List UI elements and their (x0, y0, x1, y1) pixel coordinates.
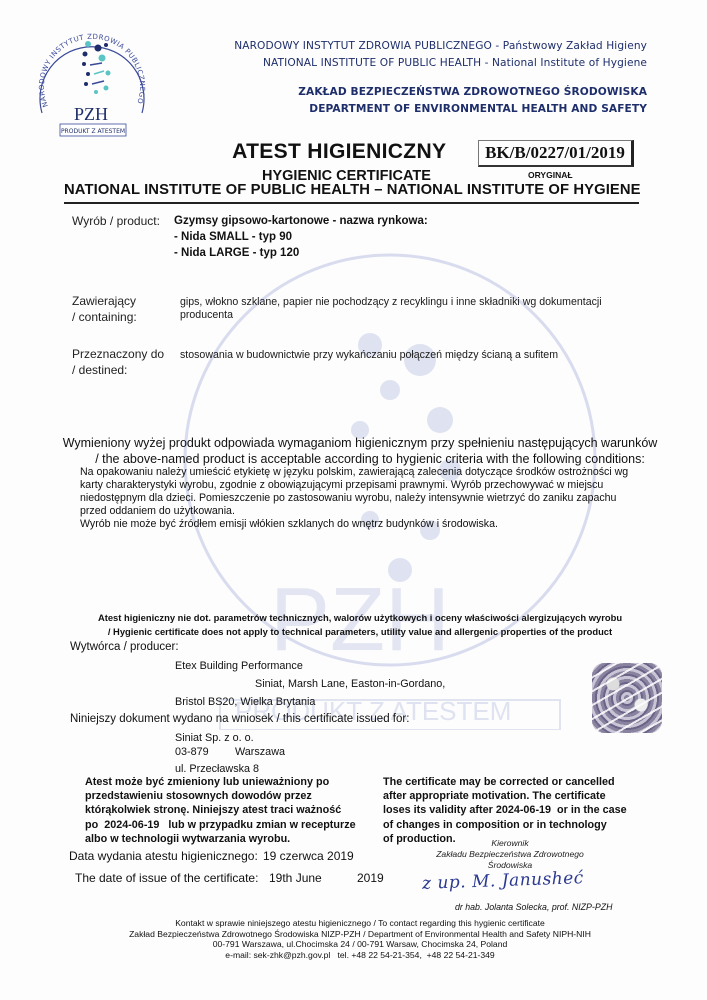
certificate-number: BK/B/0227/01/2019 (478, 140, 634, 167)
header-department-en: DEPARTMENT OF ENVIRONMENTAL HEALTH AND S… (190, 103, 647, 115)
issued-for-name: Siniat Sp. z o. o. (175, 731, 254, 745)
conditions-line: Na opakowaniu należy umieścić etykietę w… (80, 466, 670, 479)
issue-date-value-en-year: 2019 (357, 871, 384, 886)
footer-contact: Kontakt w sprawie niniejszego atestu hig… (60, 918, 660, 960)
signature-title-line: Zakładu Bezpieczeństwa Zdrowotnego (410, 849, 610, 860)
validity-line: of changes in composition or in technolo… (383, 818, 627, 832)
validity-line: którąkolwiek stronę. Niniejszy atest tra… (85, 803, 356, 817)
conditions-line: karty charakterystyki wyrobu, zgodnie z … (80, 479, 670, 492)
issued-for-postcode: 03-879 (175, 745, 209, 759)
handwritten-signature: z up. M. Janusheć (422, 868, 584, 894)
producer-address-1: Siniat, Marsh Lane, Easton-in-Gordano, (255, 677, 445, 691)
svg-text:NARODOWY INSTYTUT ZDROWIA PUBL: NARODOWY INSTYTUT ZDROWIA PUBLICZNEGO (38, 33, 146, 108)
issue-date-value-en-day: 19th June (269, 871, 322, 886)
original-mark: ORYGINAŁ (528, 170, 573, 180)
signature-title-line: Kierownik (410, 838, 610, 849)
containing-line: gips, włokno szklane, papier nie pochodz… (180, 296, 602, 309)
validity-line: The certificate may be corrected or canc… (383, 775, 627, 789)
conditions-heading-pl: Wymieniony wyżej produkt odpowiada wymag… (40, 435, 680, 452)
disclaimer-en: / Hygienic certificate does not apply to… (40, 625, 680, 639)
header-department-pl: ZAKŁAD BEZPIECZEŃSTWA ZDROWOTNEGO ŚRODOW… (190, 86, 647, 98)
destined-label: Przeznaczony do / destined: (72, 346, 164, 378)
conditions-line: Wyrób nie może być źródłem emisji włókie… (80, 518, 670, 531)
validity-line: loses its validity after 2024-06-19 or i… (383, 803, 627, 817)
destined-value: stosowania w budownictwie przy wykańczan… (180, 349, 558, 362)
document-title: ATEST HIGIENICZNY (232, 139, 446, 164)
validity-line: przedstawieniu stosownych dowodów przez (85, 789, 356, 803)
containing-value: gips, włokno szklane, papier nie pochodz… (180, 296, 602, 322)
validity-pl: Atest może być zmieniony lub unieważnion… (85, 775, 356, 846)
institute-title: NATIONAL INSTITUTE OF PUBLIC HEALTH – NA… (64, 182, 641, 198)
issued-for-street: ul. Przecławska 8 (175, 762, 259, 776)
validity-line: Atest może być zmieniony lub unieważnion… (85, 775, 356, 789)
product-line: - Nida SMALL - typ 90 (174, 229, 428, 245)
issued-for-city: Warszawa (235, 745, 285, 759)
validity-line: po 2024-06-19 lub w przypadku zmian w re… (85, 818, 356, 832)
product-value: Gzymsy gipsowo-kartonowe - nazwa rynkowa… (174, 213, 428, 261)
product-line: Gzymsy gipsowo-kartonowe - nazwa rynkowa… (174, 213, 428, 229)
containing-label-en: / containing: (72, 309, 137, 325)
disclaimer-pl: Atest higieniczny nie dot. parametrów te… (40, 611, 680, 625)
conditions-body: Na opakowaniu należy umieścić etykietę w… (80, 466, 670, 531)
producer-label: Wytwórca / producer: (70, 640, 179, 655)
destined-label-en: / destined: (72, 362, 164, 378)
footer-line: Kontakt w sprawie niniejszego atestu hig… (60, 918, 660, 929)
containing-label-pl: Zawierający (72, 293, 137, 309)
destined-label-pl: Przeznaczony do (72, 346, 164, 362)
producer-name: Etex Building Performance (175, 659, 303, 673)
product-label: Wyrób / product: (72, 213, 160, 229)
signature-title: Kierownik Zakładu Bezpieczeństwa Zdrowot… (410, 838, 610, 871)
conditions-line: niedostępnym dla dzieci. Pomieszczenie p… (80, 492, 670, 505)
validity-en: The certificate may be corrected or canc… (383, 775, 627, 846)
footer-email-phone: e-mail: sek-zhk@pzh.gov.pl tel. +48 22 5… (60, 950, 660, 961)
issued-for-label: Niniejszy dokument wydano na wniosek / t… (70, 712, 409, 727)
validity-line: after appropriate motivation. The certif… (383, 789, 627, 803)
title-divider (64, 202, 639, 204)
svg-text:PRODUKT Z ATESTEM: PRODUKT Z ATESTEM (61, 128, 125, 135)
validity-line: albo w technologii wytwarzania wyrobu. (85, 832, 356, 846)
pzh-logo: NARODOWY INSTYTUT ZDROWIA PUBLICZNEGO PZ… (30, 18, 155, 138)
issue-date-label-en: The date of issue of the certificate: (75, 871, 258, 886)
hologram-seal-icon (592, 663, 662, 733)
header-institute-pl: NARODOWY INSTYTUT ZDROWIA PUBLICZNEGO - … (190, 40, 647, 52)
issue-date-value-pl: 19 czerwca 2019 (263, 849, 354, 864)
footer-line: 00-791 Warszawa, ul.Chocimska 24 / 00-79… (60, 939, 660, 950)
containing-label: Zawierający / containing: (72, 293, 137, 325)
signer-name: dr hab. Jolanta Solecka, prof. NIZP-PZH (455, 902, 612, 912)
containing-line: producenta (180, 309, 602, 322)
product-line: - Nida LARGE - typ 120 (174, 245, 428, 261)
header-institute-en: NATIONAL INSTITUTE OF PUBLIC HEALTH - Na… (190, 57, 647, 69)
conditions-line: przed oddaniem do użytkowania. (80, 505, 670, 518)
svg-text:PZH: PZH (74, 104, 108, 124)
issue-date-label-pl: Data wydania atestu higienicznego: (69, 849, 258, 864)
producer-address-2: Bristol BS20, Wielka Brytania (175, 695, 315, 709)
footer-line: Zakład Bezpieczeństwa Zdrowotnego Środow… (60, 929, 660, 940)
